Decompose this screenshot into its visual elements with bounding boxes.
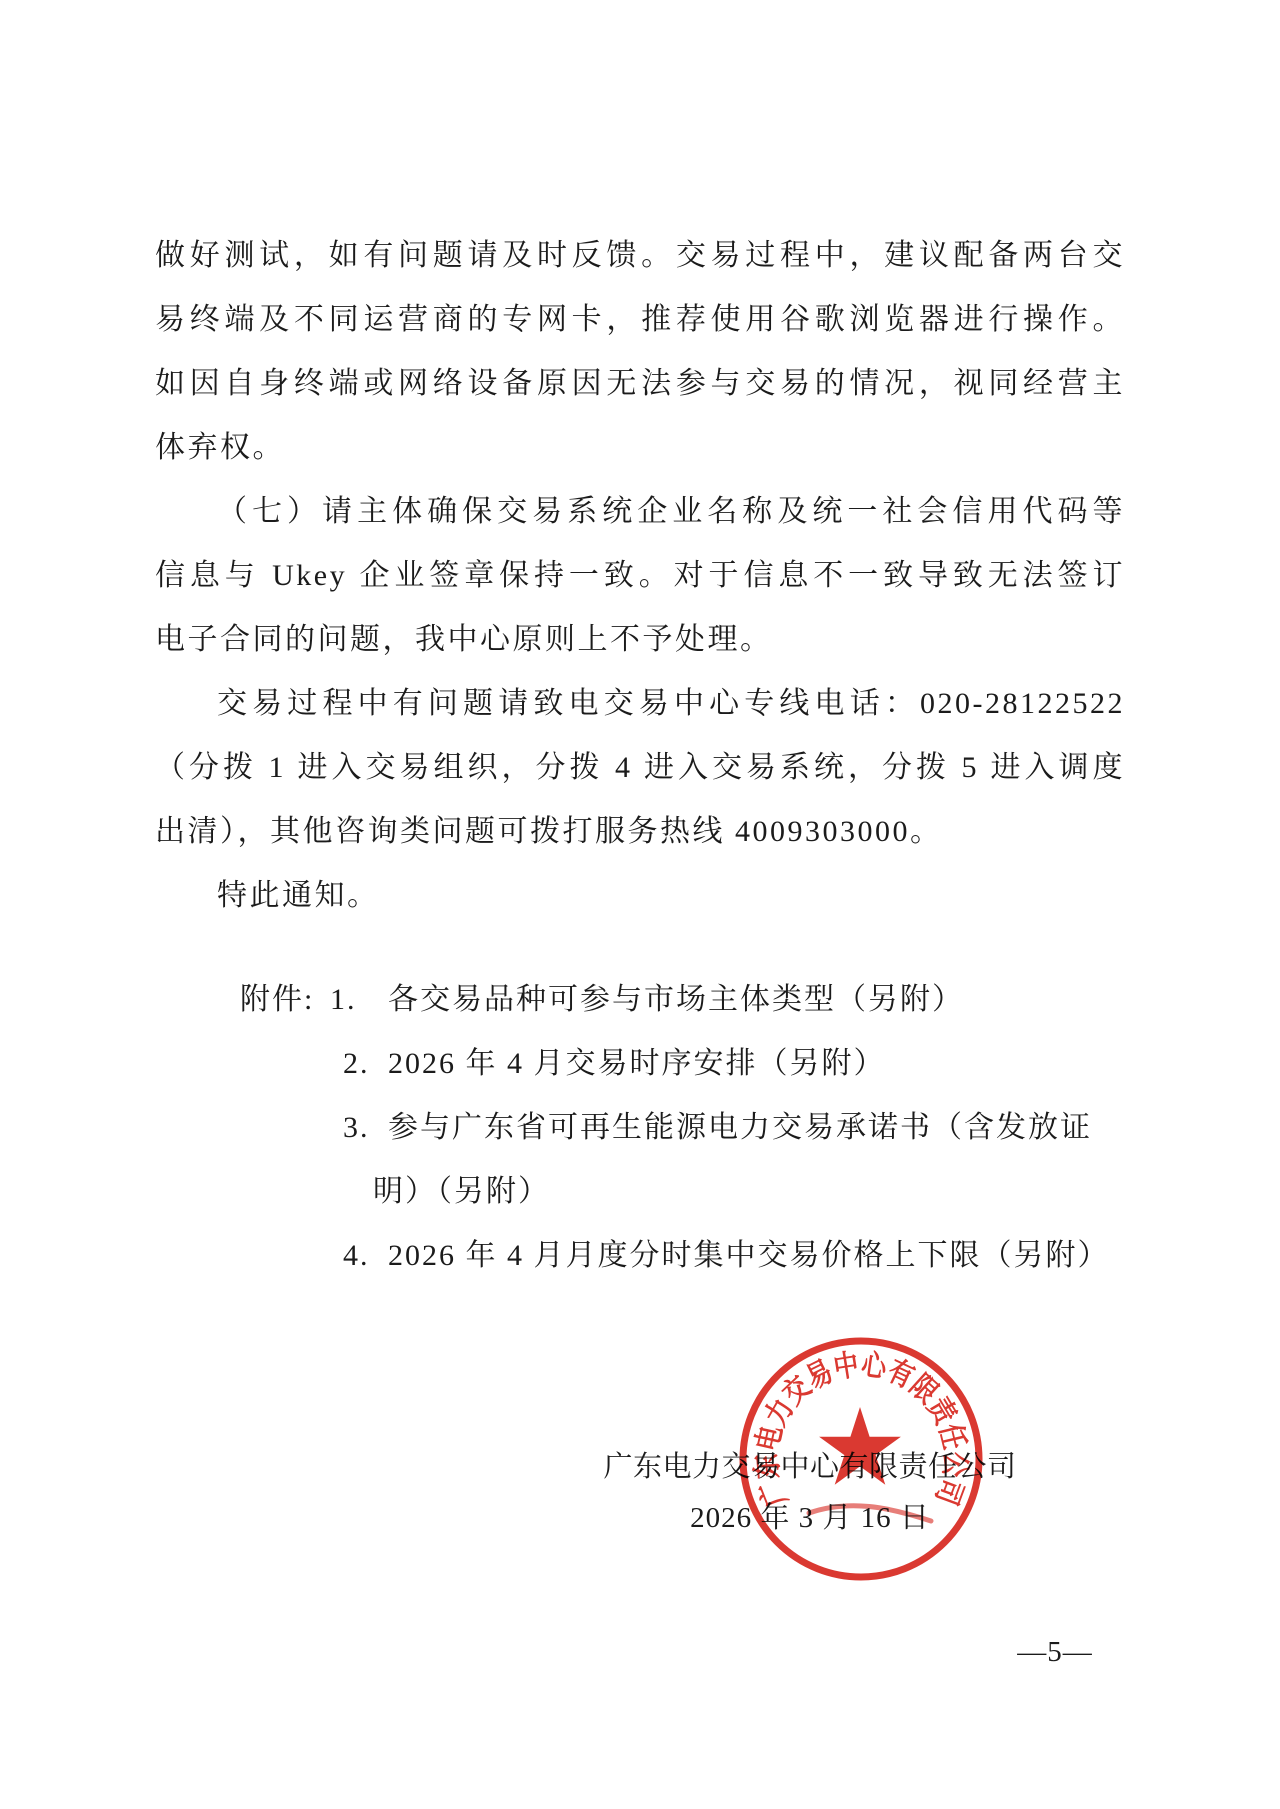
body-line: 交易过程中有问题请致电交易中心专线电话：020-28122522 xyxy=(155,672,1125,736)
attachment-number: 4. xyxy=(343,1224,388,1288)
attachment-text: 各交易品种可参与市场主体类型（另附） xyxy=(388,983,964,1016)
attachments-list: 附件:1.各交易品种可参与市场主体类型（另附） 2.2026 年 4 月交易时序… xyxy=(155,968,1165,1288)
body-text: 做好测试，如有问题请及时反馈。交易过程中，建议配备两台交 易终端及不同运营商的专… xyxy=(155,224,1125,928)
body-line: 电子合同的问题，我中心原则上不予处理。 xyxy=(155,608,1125,672)
attachment-row: 明）（另附） xyxy=(155,1160,1165,1224)
body-line: （七）请主体确保交易系统企业名称及统一社会信用代码等 xyxy=(155,480,1125,544)
body-line: 特此通知。 xyxy=(155,864,1125,928)
star-icon xyxy=(819,1407,901,1485)
attachment-row: 附件:1.各交易品种可参与市场主体类型（另附） xyxy=(155,968,1165,1032)
attachment-text: 参与广东省可再生能源电力交易承诺书（含发放证 xyxy=(388,1111,1092,1144)
attachment-row: 4.2026 年 4 月月度分时集中交易价格上下限（另附） xyxy=(155,1224,1165,1288)
body-line: 做好测试，如有问题请及时反馈。交易过程中，建议配备两台交 xyxy=(155,224,1125,288)
body-line: 出清），其他咨询类问题可拨打服务热线 4009303000。 xyxy=(155,800,1125,864)
official-seal-stamp: 广东电力交易中心有限责任公司 xyxy=(731,1329,991,1589)
attachment-number: 2. xyxy=(343,1032,388,1096)
body-line: 体弃权。 xyxy=(155,416,1125,480)
attachments-label: 附件: xyxy=(240,968,330,1032)
attachment-row: 2.2026 年 4 月交易时序安排（另附） xyxy=(155,1032,1165,1096)
page-number: —5— xyxy=(975,1634,1135,1670)
attachment-row: 3.参与广东省可再生能源电力交易承诺书（含发放证 xyxy=(155,1096,1165,1160)
attachment-number: 1. xyxy=(330,968,388,1032)
body-line: 如因自身终端或网络设备原因无法参与交易的情况，视同经营主 xyxy=(155,352,1125,416)
attachment-text: 2026 年 4 月交易时序安排（另附） xyxy=(388,1047,886,1080)
body-line: 易终端及不同运营商的专网卡，推荐使用谷歌浏览器进行操作。 xyxy=(155,288,1125,352)
attachment-text: 2026 年 4 月月度分时集中交易价格上下限（另附） xyxy=(388,1239,1110,1272)
document-page: 做好测试，如有问题请及时反馈。交易过程中，建议配备两台交 易终端及不同运营商的专… xyxy=(0,0,1280,1809)
attachment-number: 3. xyxy=(343,1096,388,1160)
body-line: 信息与 Ukey 企业签章保持一致。对于信息不一致导致无法签订 xyxy=(155,544,1125,608)
seal-ink-smudge xyxy=(809,1506,931,1521)
body-line: （分拨 1 进入交易组织，分拨 4 进入交易系统，分拨 5 进入调度 xyxy=(155,736,1125,800)
attachment-text: 明）（另附） xyxy=(373,1175,550,1208)
